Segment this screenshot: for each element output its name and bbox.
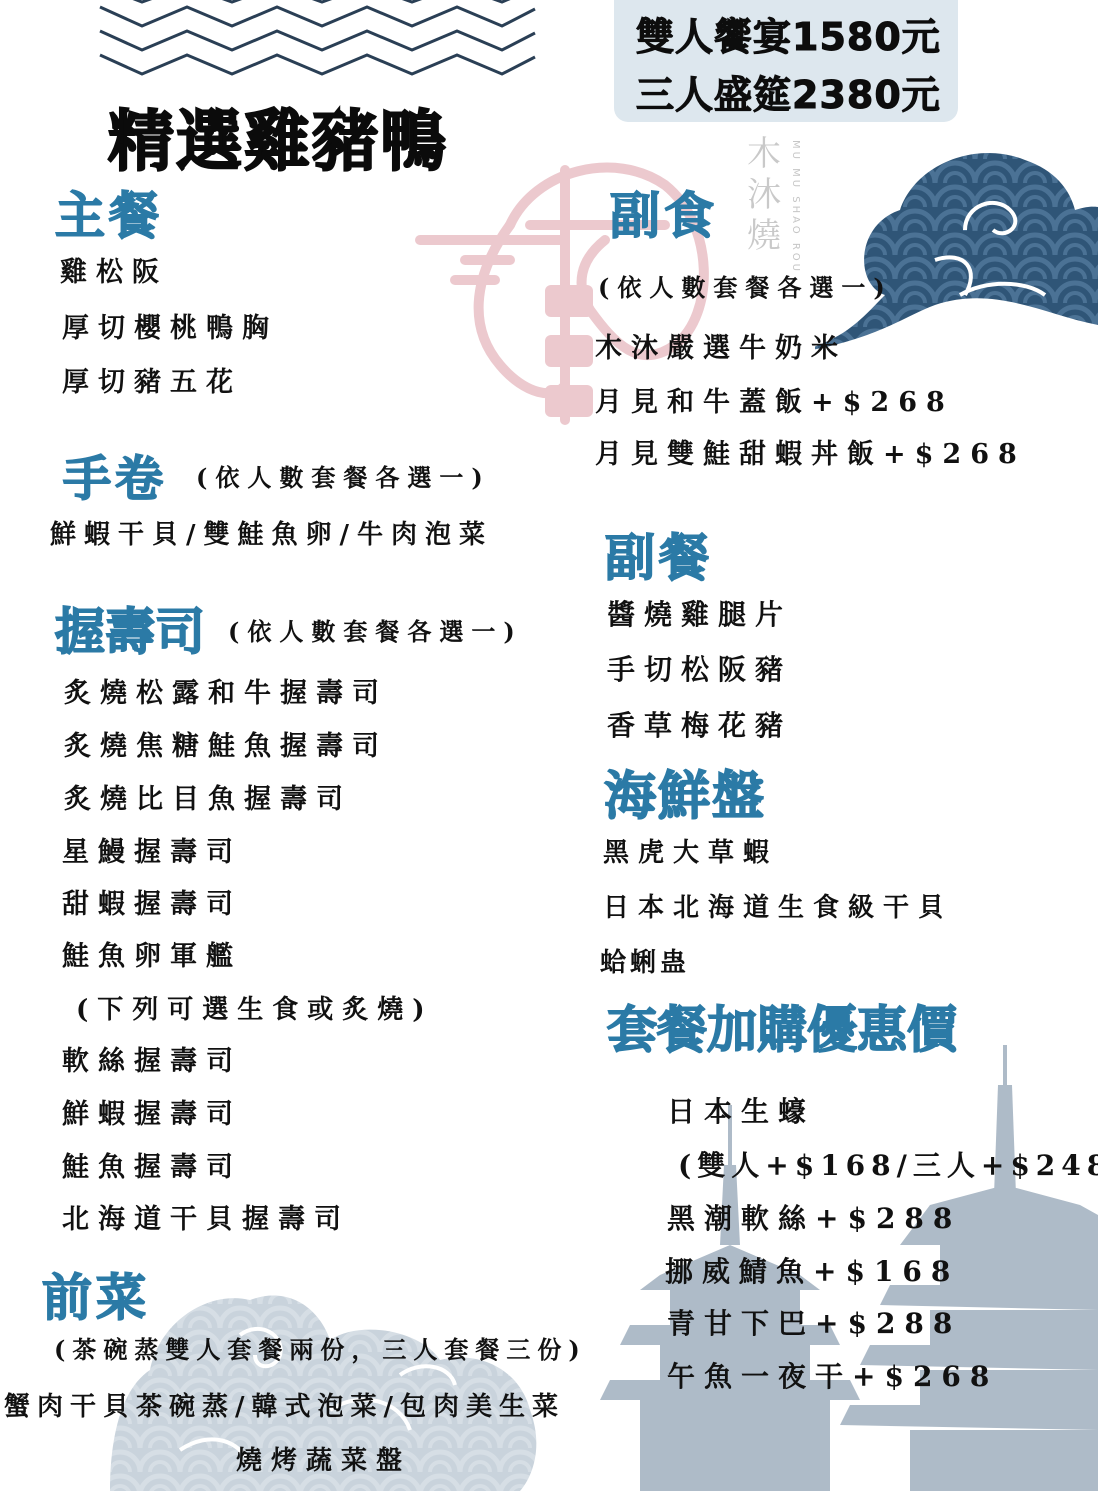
section-heading-staple: 副食 bbox=[610, 176, 718, 248]
brand-char: 沐 bbox=[744, 175, 784, 216]
section-note: (茶碗蒸雙人套餐兩份，三人套餐三份) bbox=[54, 1330, 587, 1365]
menu-item: 炙燒松露和牛握壽司 bbox=[64, 680, 388, 707]
brand-char: 木 bbox=[744, 134, 784, 175]
menu-item: 醬燒雞腿片 bbox=[607, 601, 792, 629]
menu-item: 炙燒焦糖鮭魚握壽司 bbox=[64, 733, 388, 760]
section-note: (依人數套餐各選一) bbox=[598, 268, 893, 303]
menu-item: 北海道干貝握壽司 bbox=[62, 1206, 350, 1233]
menu-item: 星鰻握壽司 bbox=[62, 839, 242, 866]
menu-item: 厚切櫻桃鴨胸 bbox=[62, 315, 278, 342]
menu-item: 厚切豬五花 bbox=[62, 369, 242, 396]
section-note: (依人數套餐各選一) bbox=[228, 612, 523, 647]
menu-item: 鮮蝦握壽司 bbox=[62, 1101, 242, 1128]
menu-item: 月見和牛蓋飯+$268 bbox=[595, 389, 954, 416]
menu-item: 挪威鯖魚+$168 bbox=[665, 1258, 959, 1286]
three-person-set-price: 三人盛筵2380元 bbox=[636, 64, 941, 119]
menu-item: 蛤蜊蛊 bbox=[600, 950, 690, 976]
menu-item: 月見雙鮭甜蝦丼飯+$268 bbox=[595, 441, 1026, 468]
menu-item: 黑潮軟絲+$288 bbox=[667, 1205, 961, 1233]
section-heading-seafood: 海鮮盤 bbox=[604, 754, 766, 829]
menu-item-note: (雙人+$168/三人+$248) bbox=[678, 1152, 1098, 1180]
two-person-set-price: 雙人饗宴1580元 bbox=[636, 6, 941, 61]
menu-item: 鮮蝦干貝/雙鮭魚卵/牛肉泡菜 bbox=[50, 522, 493, 548]
menu-item: 鮭魚握壽司 bbox=[62, 1154, 242, 1181]
menu-item: 手切松阪豬 bbox=[607, 656, 792, 684]
menu-item: 黑虎大草蝦 bbox=[603, 840, 778, 866]
section-note: (依人數套餐各選一) bbox=[196, 458, 491, 493]
menu-item: 鮭魚卵軍艦 bbox=[62, 943, 242, 970]
menu-item: 甜蝦握壽司 bbox=[62, 891, 242, 918]
menu-item: 軟絲握壽司 bbox=[62, 1048, 242, 1075]
section-heading-main: 主餐 bbox=[55, 176, 163, 248]
section-heading-addon: 套餐加購優惠價 bbox=[607, 990, 957, 1062]
menu-item: 日本北海道生食級干貝 bbox=[603, 895, 953, 921]
seigaiha-cloud-icon bbox=[815, 135, 1098, 365]
section-heading-appetizer: 前菜 bbox=[42, 1258, 150, 1330]
menu-item: 炙燒比目魚握壽司 bbox=[64, 786, 352, 813]
brand-chinese-name: 木 沐 燒 bbox=[744, 134, 784, 256]
menu-item: 青甘下巴+$288 bbox=[667, 1310, 961, 1338]
section-sub-note: (下列可選生食或炙燒) bbox=[76, 997, 434, 1023]
menu-item: 午魚一夜干+$268 bbox=[667, 1363, 998, 1391]
section-heading-hand-roll: 手卷 bbox=[63, 440, 167, 509]
set-price-box: 雙人饗宴1580元 三人盛筵2380元 bbox=[614, 0, 958, 122]
menu-item: 雞松阪 bbox=[60, 259, 168, 286]
zigzag-wave-pattern-icon bbox=[95, 0, 540, 84]
menu-item: 日本生蠔 bbox=[667, 1098, 815, 1126]
page-title: 精選雞豬鴨 bbox=[108, 88, 448, 183]
menu-item: 燒烤蔬菜盤 bbox=[236, 1448, 411, 1474]
section-heading-nigiri: 握壽司 bbox=[55, 592, 205, 664]
menu-item: 木沐嚴選牛奶米 bbox=[595, 335, 847, 362]
menu-item: 香草梅花豬 bbox=[607, 712, 792, 740]
brand-english-name: MU MU SHAO ROU bbox=[790, 140, 801, 274]
menu-item: 蟹肉干貝茶碗蒸/韓式泡菜/包肉美生菜 bbox=[4, 1394, 565, 1420]
section-heading-side: 副餐 bbox=[605, 518, 713, 590]
brand-char: 燒 bbox=[744, 216, 784, 257]
